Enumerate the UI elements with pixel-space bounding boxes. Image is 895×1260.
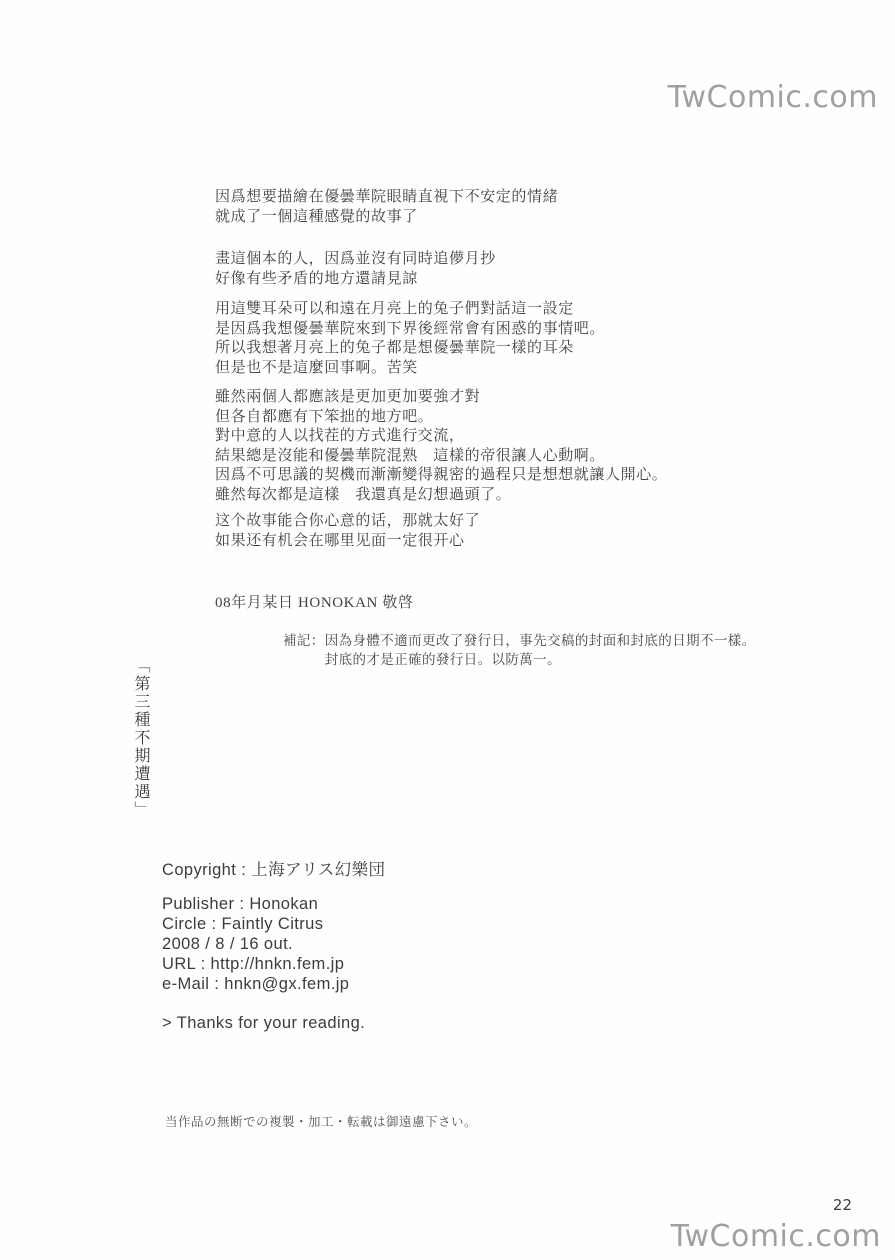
- afterword-line: 對中意的人以找茬的方式進行交流，: [215, 427, 667, 447]
- afterword-paragraph-2: 畫這個本的人，因爲並沒有同時追儚月抄 好像有些矛盾的地方還請見諒: [215, 250, 496, 289]
- afterword-line: 如果还有机会在哪里见面一定很开心: [215, 532, 480, 552]
- afterword-paragraph-3: 用這雙耳朵可以和遠在月亮上的兔子們對話這一設定 是因爲我想優曇華院來到下界後經常…: [215, 300, 605, 378]
- afterword-line: 因爲不可思議的契機而漸漸變得親密的過程只是想想就讓人開心。: [215, 466, 667, 486]
- circle-line: Circle : Faintly Citrus: [162, 914, 349, 934]
- afterword-line: 好像有些矛盾的地方還請見諒: [215, 270, 496, 290]
- afterword-paragraph-1: 因爲想要描繪在優曇華院眼睛直視下不安定的情緒 就成了一個這種感覺的故事了: [215, 188, 558, 227]
- postscript-note: 補記： 因為身體不適而更改了發行日，事先交稿的封面和封底的日期不一樣。 封底的才…: [283, 631, 756, 669]
- date-signature-line: 08年月某日 HONOKAN 敬啓: [215, 594, 414, 614]
- afterword-line: 雖然每次都是這樣 我還真是幻想過頭了。: [215, 486, 667, 506]
- thanks-line: > Thanks for your reading.: [162, 1014, 365, 1033]
- afterword-line: 就成了一個這種感覺的故事了: [215, 208, 558, 228]
- watermark-bottom: TwComic.com: [671, 1219, 881, 1254]
- vertical-book-title: 「第三種不期遭遇」: [129, 657, 152, 832]
- afterword-line: 因爲想要描繪在優曇華院眼睛直視下不安定的情緒: [215, 188, 558, 208]
- url-line: URL : http://hnkn.fem.jp: [162, 954, 349, 974]
- release-date-line: 2008 / 8 / 16 out.: [162, 934, 349, 954]
- afterword-line: 但各自都應有下笨拙的地方吧。: [215, 408, 667, 428]
- afterword-line: 但是也不是這麼回事啊。苦笑: [215, 359, 605, 379]
- afterword-paragraph-5: 这个故事能合你心意的话，那就太好了 如果还有机会在哪里见面一定很开心: [215, 512, 480, 551]
- afterword-line: 雖然兩個人都應該是更加更加要強才對: [215, 388, 667, 408]
- email-line: e-Mail : hnkn@gx.fem.jp: [162, 974, 349, 994]
- publisher-block: Publisher : Honokan Circle : Faintly Cit…: [162, 894, 349, 994]
- afterword-line: 是因爲我想優曇華院來到下界後經常會有困惑的事情吧。: [215, 320, 605, 340]
- postscript-line: 封底的才是正確的發行日。以防萬一。: [325, 650, 756, 669]
- watermark-top: TwComic.com: [668, 80, 878, 115]
- afterword-line: 畫這個本的人，因爲並沒有同時追儚月抄: [215, 250, 496, 270]
- postscript-label: 補記：: [283, 631, 325, 669]
- page-number: 22: [833, 1196, 852, 1214]
- postscript-lines: 因為身體不適而更改了發行日，事先交稿的封面和封底的日期不一樣。 封底的才是正確的…: [325, 631, 756, 669]
- usage-notice: 当作品の無断での複製・加工・転載は御遠慮下さい。: [165, 1112, 477, 1130]
- postscript-line: 因為身體不適而更改了發行日，事先交稿的封面和封底的日期不一樣。: [325, 631, 756, 650]
- scanned-afterword-page: { "page": { "watermark_top": "TwComic.co…: [0, 0, 895, 1260]
- afterword-paragraph-4: 雖然兩個人都應該是更加更加要強才對 但各自都應有下笨拙的地方吧。 對中意的人以找…: [215, 388, 667, 505]
- copyright-line: Copyright : 上海アリス幻樂団: [162, 856, 385, 880]
- afterword-line: 用這雙耳朵可以和遠在月亮上的兔子們對話這一設定: [215, 300, 605, 320]
- publisher-line: Publisher : Honokan: [162, 894, 349, 914]
- afterword-line: 这个故事能合你心意的话，那就太好了: [215, 512, 480, 532]
- afterword-line: 結果總是沒能和優曇華院混熟 這樣的帝很讓人心動啊。: [215, 447, 667, 467]
- afterword-line: 所以我想著月亮上的兔子都是想優曇華院一樣的耳朵: [215, 339, 605, 359]
